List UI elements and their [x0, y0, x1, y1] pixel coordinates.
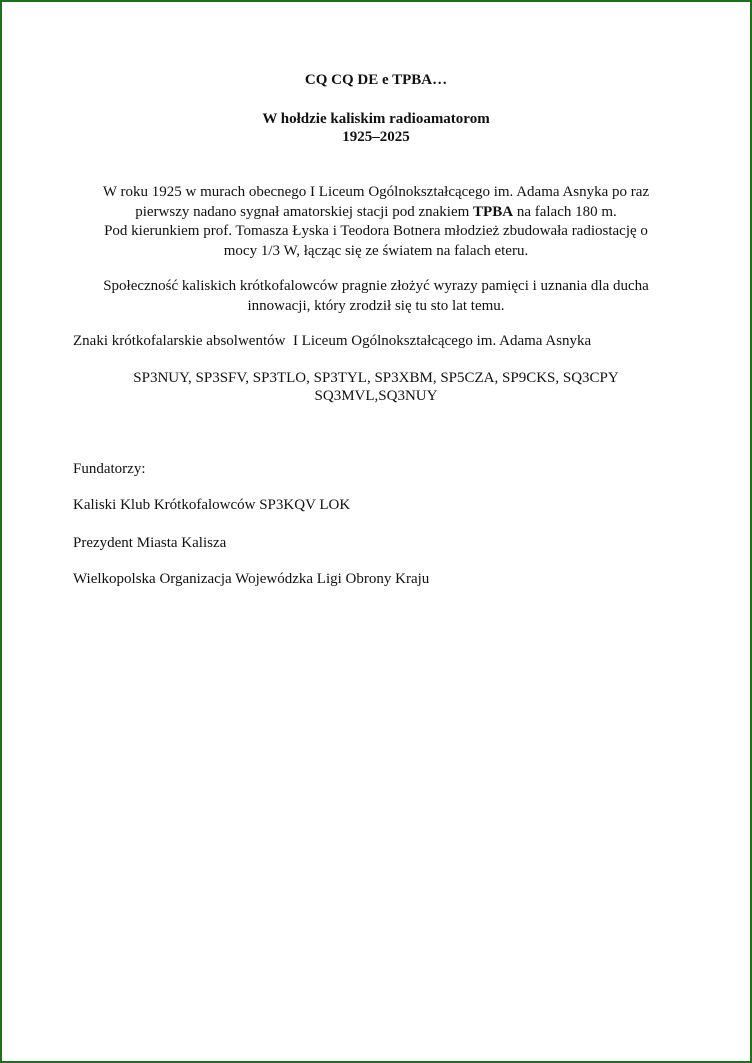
history-paragraph: W roku 1925 w murach obecnego I Liceum O… [60, 183, 692, 261]
callsigns-list: SP3NUY, SP3SFV, SP3TLO, SP3TYL, SP3XBM, … [60, 369, 692, 405]
callsigns-heading: Znaki krótkofalarskie absolwentów I Lice… [73, 332, 591, 351]
page-border [0, 0, 752, 1063]
founders-heading: Fundatorzy: [73, 460, 146, 478]
history-line-3: Pod kierunkiem prof. Tomasza Łyska i Teo… [60, 222, 692, 242]
tribute-line-2: innowacji, który zrodził się tu sto lat … [60, 297, 692, 317]
history-line-1: W roku 1925 w murach obecnego I Liceum O… [60, 183, 692, 203]
callsigns-line-2: SQ3MVL,SQ3NUY [60, 387, 692, 405]
callsign-tpba: TPBA [473, 204, 513, 220]
tribute-paragraph: Społeczność kaliskich krótkofalowców pra… [60, 277, 692, 316]
founder-item: Prezydent Miasta Kalisza [73, 534, 226, 552]
tribute-line-1: Społeczność kaliskich krótkofalowców pra… [60, 277, 692, 297]
document-title: CQ CQ DE e TPBA… [0, 71, 752, 89]
founder-item: Wielkopolska Organizacja Wojewódzka Ligi… [73, 570, 429, 588]
history-line-2-text: pierwszy nadano sygnał amatorskiej stacj… [135, 204, 473, 220]
subtitle-years: 1925–2025 [0, 128, 752, 146]
history-line-2: pierwszy nadano sygnał amatorskiej stacj… [60, 203, 692, 223]
subtitle-dedication: W hołdzie kaliskim radioamatorom [0, 110, 752, 128]
history-line-4: mocy 1/3 W, łącząc się ze światem na fal… [60, 242, 692, 262]
document-subtitle: W hołdzie kaliskim radioamatorom 1925–20… [0, 110, 752, 146]
founder-item: Kaliski Klub Krótkofalowców SP3KQV LOK [73, 496, 350, 514]
callsigns-line-1: SP3NUY, SP3SFV, SP3TLO, SP3TYL, SP3XBM, … [60, 369, 692, 387]
history-line-2-tail: na falach 180 m. [513, 204, 617, 220]
